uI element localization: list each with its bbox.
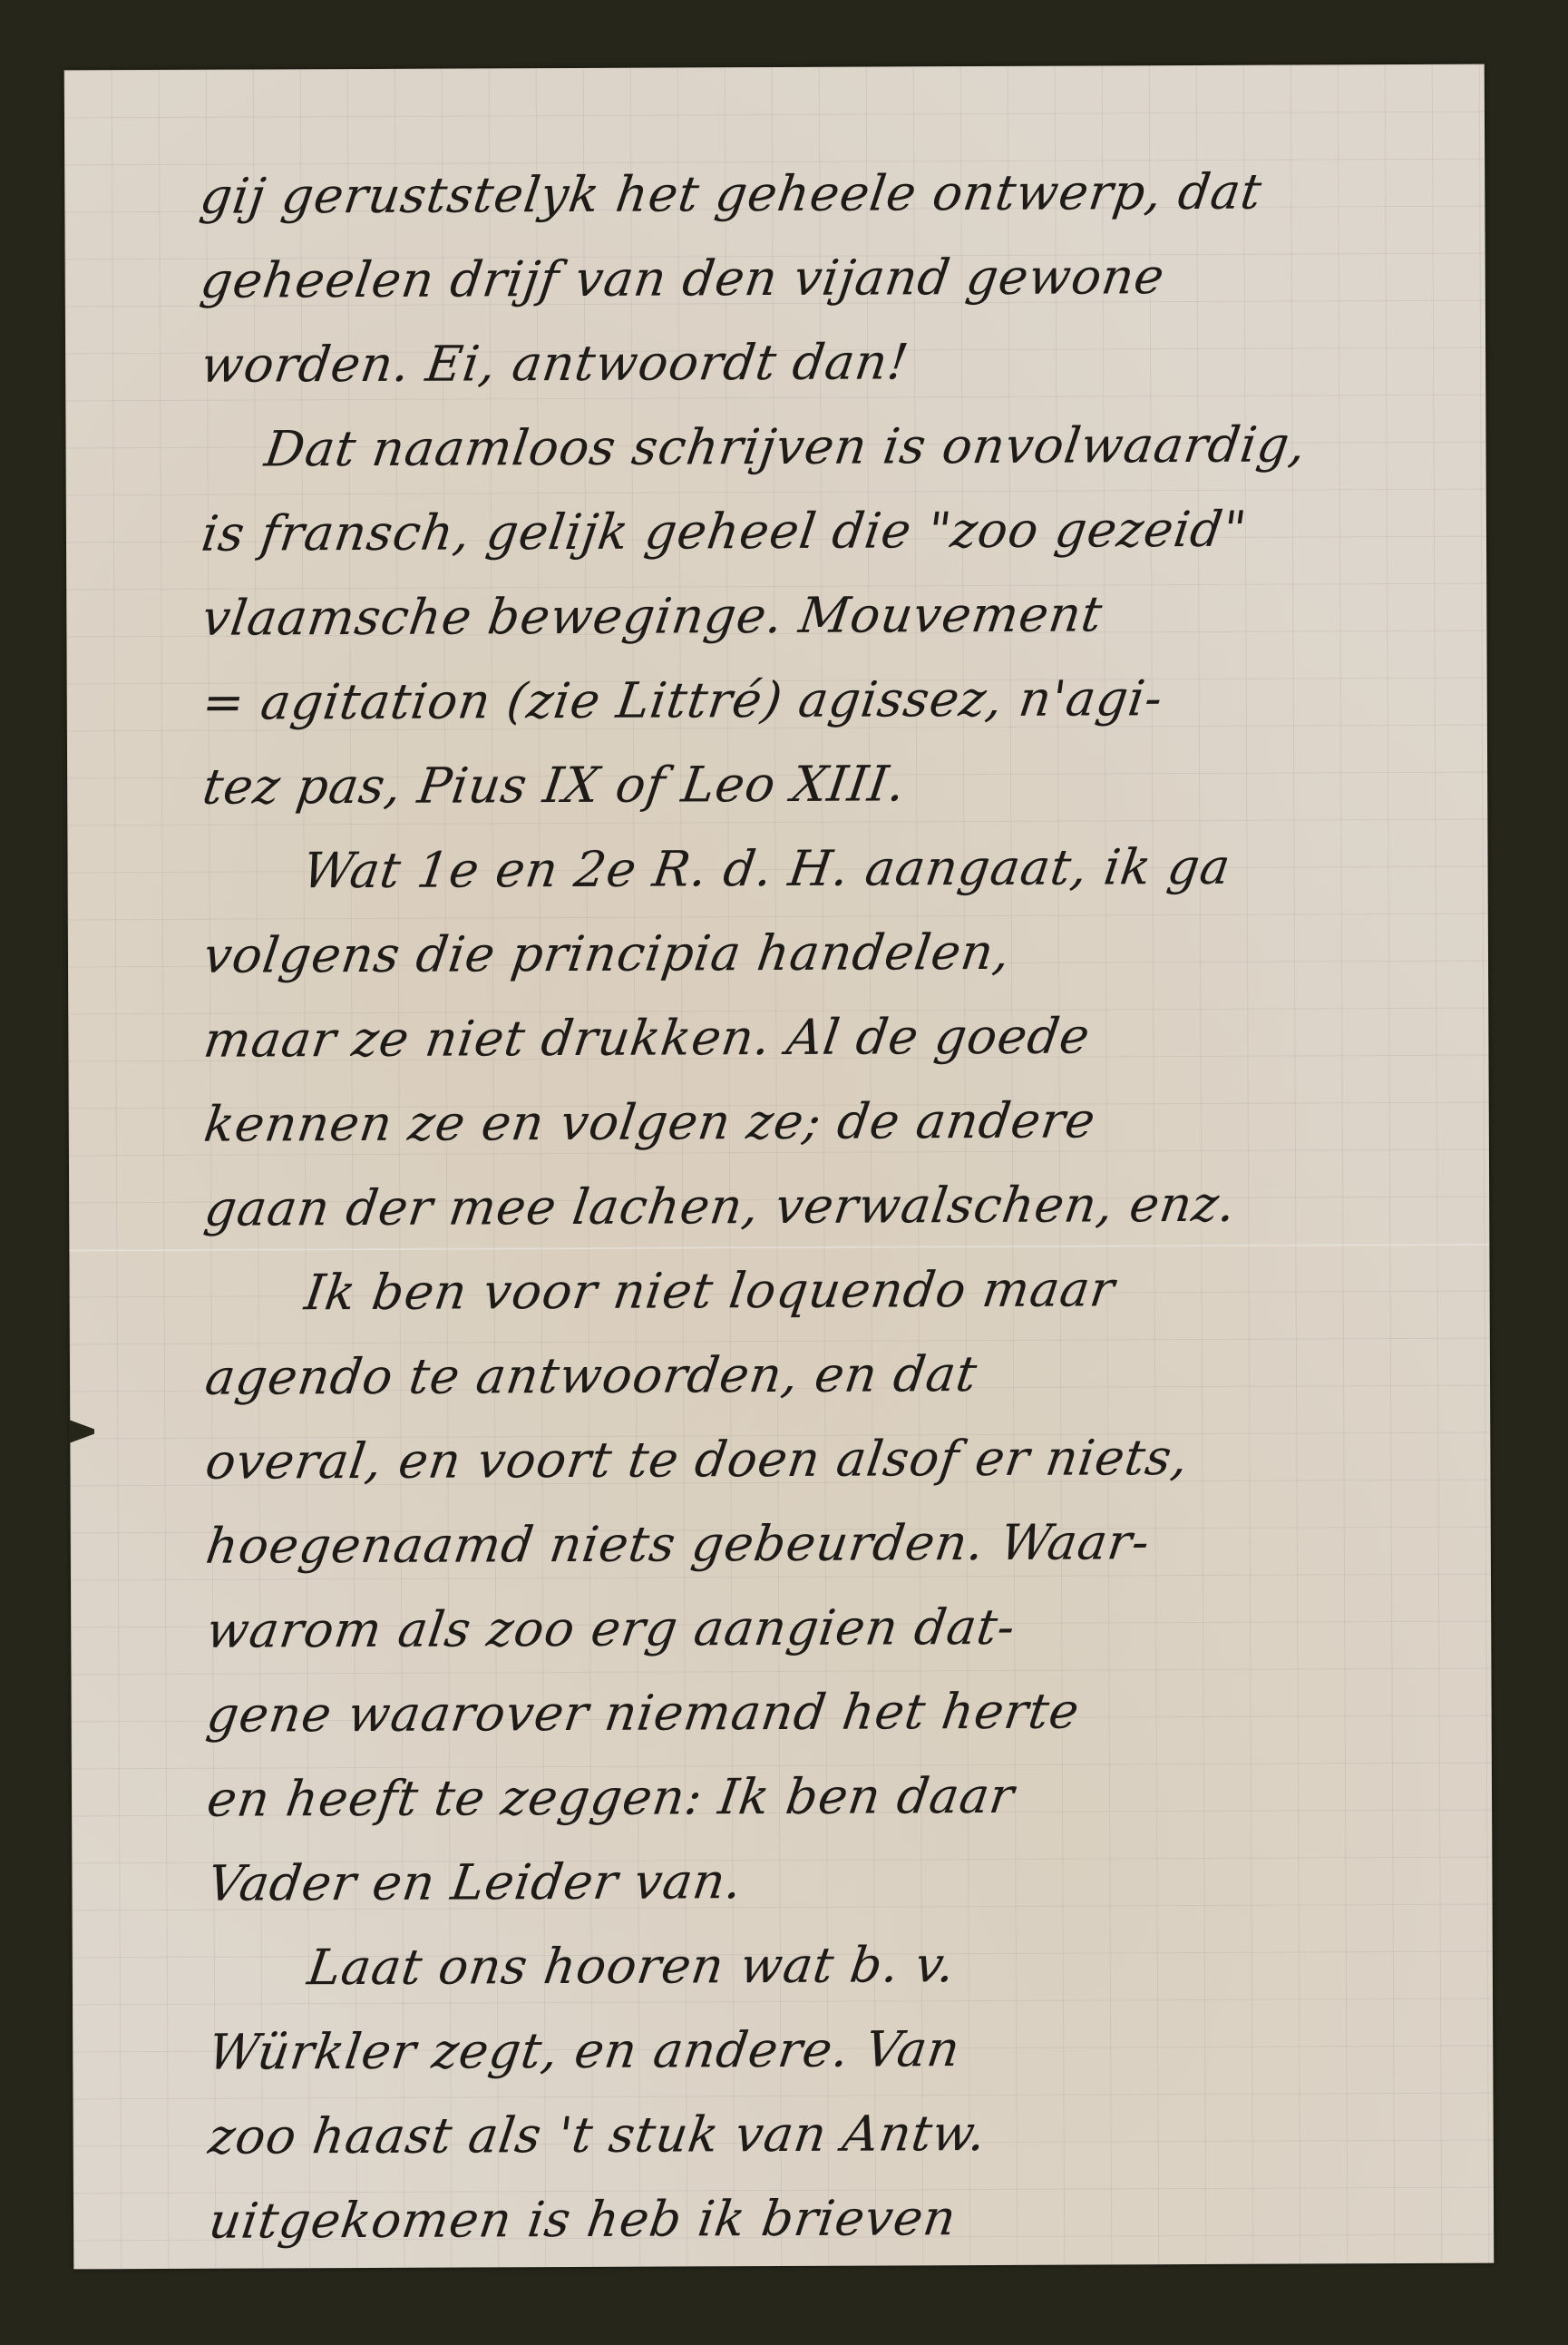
text-line-12: kennen ze en volgen ze; de andere bbox=[201, 1091, 1100, 1152]
text-line-13: gaan der mee lachen, verwalschen, enz. bbox=[201, 1176, 1240, 1237]
text-line-1: gij geruststelyk het geheele ontwerp, da… bbox=[197, 163, 1265, 225]
text-line-22: Laat ons hooren wat b. v. bbox=[305, 1936, 959, 1996]
text-line-3: worden. Ei, antwoordt dan! bbox=[198, 333, 912, 393]
text-line-24: zoo haast als 't stuk van Antw. bbox=[205, 2105, 989, 2165]
text-line-17: hoegenaamd niets gebeurden. Waar- bbox=[203, 1513, 1154, 1575]
text-line-11: maar ze niet drukken. Al de goede bbox=[200, 1007, 1094, 1068]
text-line-18: warom als zoo erg aangien dat- bbox=[203, 1598, 1019, 1659]
text-line-14: Ik ben voor niet loquendo maar bbox=[301, 1260, 1118, 1321]
text-line-5: is fransch, gelijk geheel die "zoo gezei… bbox=[199, 501, 1251, 562]
text-line-19: gene waarover niemand het herte bbox=[203, 1683, 1083, 1744]
text-line-2: geheelen drijf van den vijand gewone bbox=[197, 248, 1168, 309]
text-line-4: Dat naamloos schrijven is onvolwaardig, bbox=[261, 415, 1310, 477]
handwritten-text-body: gij geruststelyk het geheele ontwerp, da… bbox=[64, 64, 1495, 2270]
text-line-9: Wat 1e en 2e R. d. H. aangaat, ik ga bbox=[299, 838, 1234, 899]
text-line-8: tez pas, Pius IX of Leo XIII. bbox=[200, 755, 910, 815]
text-line-25-overflow: uitgekomen is heb ik brieven bbox=[206, 2189, 960, 2250]
text-line-6: vlaamsche beweginge. Mouvement bbox=[199, 585, 1106, 646]
text-line-21: Vader en Leider van. bbox=[204, 1852, 745, 1912]
text-line-15: agendo te antwoorden, en dat bbox=[202, 1345, 981, 1406]
text-line-23: Würkler zegt, en andere. Van bbox=[205, 2020, 964, 2081]
text-line-10: volgens die principia handelen, bbox=[200, 923, 1015, 984]
text-line-20: en heeft te zeggen: Ik ben daar bbox=[204, 1767, 1018, 1828]
text-line-7: = agitation (zie Littré) agissez, n'agi- bbox=[199, 669, 1166, 731]
text-line-16: overal, en voort te doen alsof er niets, bbox=[202, 1429, 1192, 1490]
letter-page: gij geruststelyk het geheele ontwerp, da… bbox=[64, 64, 1495, 2270]
